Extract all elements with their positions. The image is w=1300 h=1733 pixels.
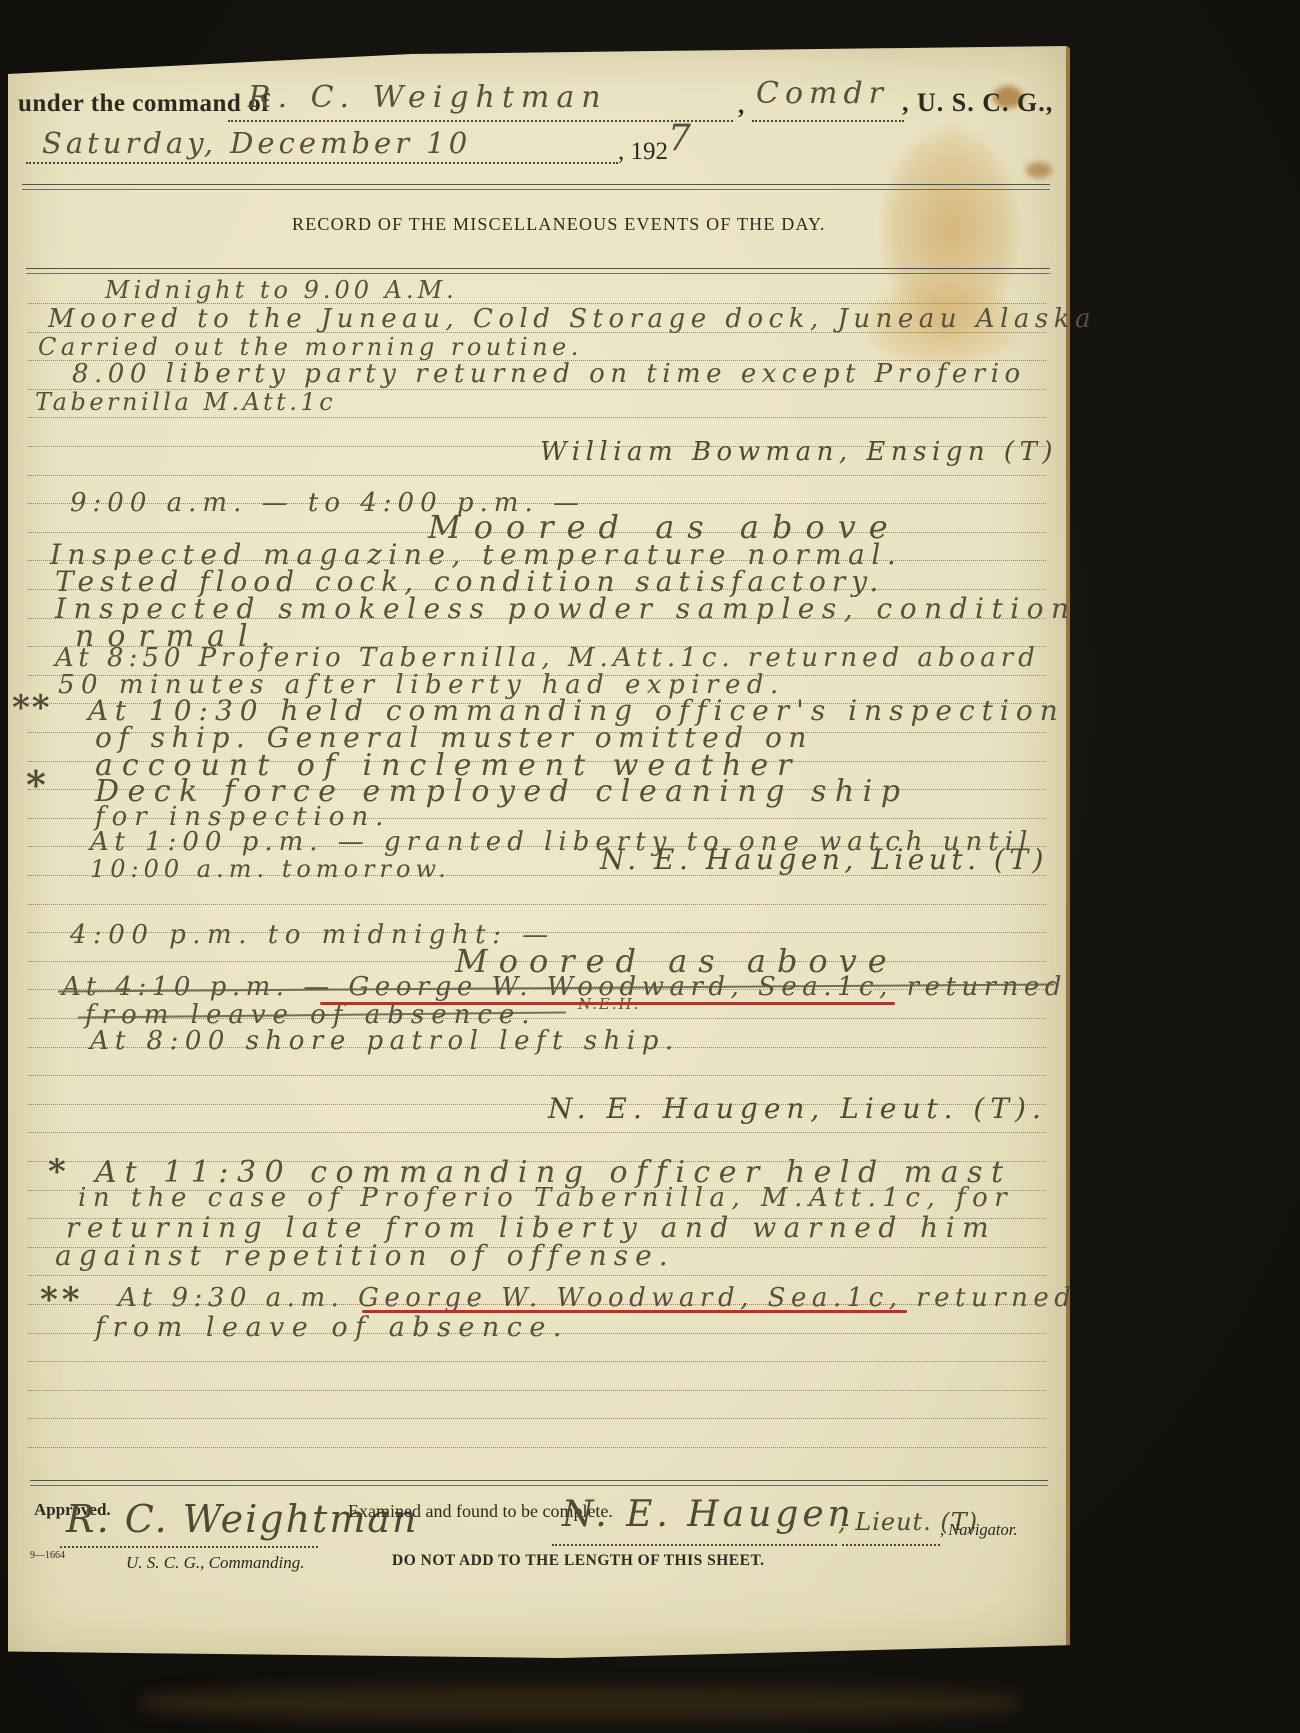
log-line: Carried out the morning routine. (38, 333, 583, 361)
log-line: from leave of absence. (95, 1312, 569, 1343)
stain (1026, 162, 1052, 178)
margin-asterisk: * (48, 1152, 66, 1192)
haugen-signature-2: N. E. Haugen, Lieut. (T). (548, 1092, 1047, 1125)
log-line: Midnight to 9.00 A.M. (105, 276, 458, 304)
ruled-line (28, 1447, 1046, 1448)
year-written: 7 (668, 118, 691, 159)
command-prefix-label: under the command of (18, 90, 270, 118)
log-line: At 9:30 a.m. George W. Woodward, Sea.1c,… (118, 1283, 1076, 1313)
book-edge (140, 1686, 1020, 1720)
photo-background: under the command of R. C. Weightman , C… (0, 0, 1300, 1733)
rank-blank (752, 120, 904, 122)
year-printed: , 192 (618, 138, 668, 166)
form-number: 9—1664 (30, 1550, 65, 1561)
do-not-add-notice: DO NOT ADD TO THE LENGTH OF THIS SHEET. (392, 1552, 765, 1570)
header-comma: , (738, 92, 744, 120)
haugen-signature-1: N. E. Haugen, Lieut. (T) (600, 843, 1048, 876)
log-line: Tabernilla M.Att.1c (35, 388, 336, 416)
ruled-line (28, 1361, 1046, 1362)
approved-signature-blank (60, 1546, 318, 1548)
log-line: Moored to the Juneau, Cold Storage dock,… (48, 304, 1096, 334)
header-rule (22, 184, 1050, 190)
navigator-signature: N. E. Haugen (562, 1494, 855, 1535)
bottom-rule (30, 1480, 1048, 1486)
ruled-line (28, 904, 1046, 905)
section-rule (26, 268, 1050, 274)
red-underline (362, 1310, 907, 1313)
log-line: against repetition of offense. (55, 1239, 675, 1272)
commanding-label: U. S. C. G., Commanding. (126, 1553, 305, 1573)
margin-asterisks: ** (40, 1280, 84, 1320)
margin-asterisks: ** (12, 688, 52, 728)
log-line: 10:00 a.m. tomorrow. (90, 855, 451, 883)
ruled-line (28, 475, 1046, 476)
section-title: RECORD OF THE MISCELLANEOUS EVENTS OF TH… (292, 214, 826, 235)
ruled-line (28, 1390, 1046, 1391)
ruled-line (28, 1075, 1046, 1076)
navigator-label: , Navigator. (940, 1520, 1017, 1540)
margin-asterisk: * (26, 762, 46, 807)
log-line: At 8:00 shore patrol left ship. (90, 1026, 680, 1056)
date-blank (26, 162, 618, 164)
date-written: Saturday, December 10 (42, 126, 471, 160)
red-underline (320, 1002, 895, 1005)
ruled-line (28, 1418, 1046, 1419)
log-line: At 8:50 Proferio Tabernilla, M.Att.1c. r… (55, 643, 1040, 673)
ruled-line (28, 417, 1046, 418)
rank-written: Comdr (756, 76, 889, 111)
log-line: in the case of Proferio Tabernilla, M.At… (78, 1183, 1013, 1213)
bowman-signature: William Bowman, Ensign (T) (540, 437, 1058, 467)
commander-name-blank (228, 120, 733, 122)
commander-signature: R. C. Weightman (248, 80, 608, 115)
ruled-line (28, 1275, 1046, 1276)
navigator-signature-blank (552, 1544, 837, 1546)
ruled-line (28, 1132, 1046, 1133)
service-label: , U. S. C. G., (902, 88, 1053, 118)
navigator-rank-blank (842, 1544, 940, 1546)
log-line: 8.00 liberty party returned on time exce… (72, 359, 1026, 389)
